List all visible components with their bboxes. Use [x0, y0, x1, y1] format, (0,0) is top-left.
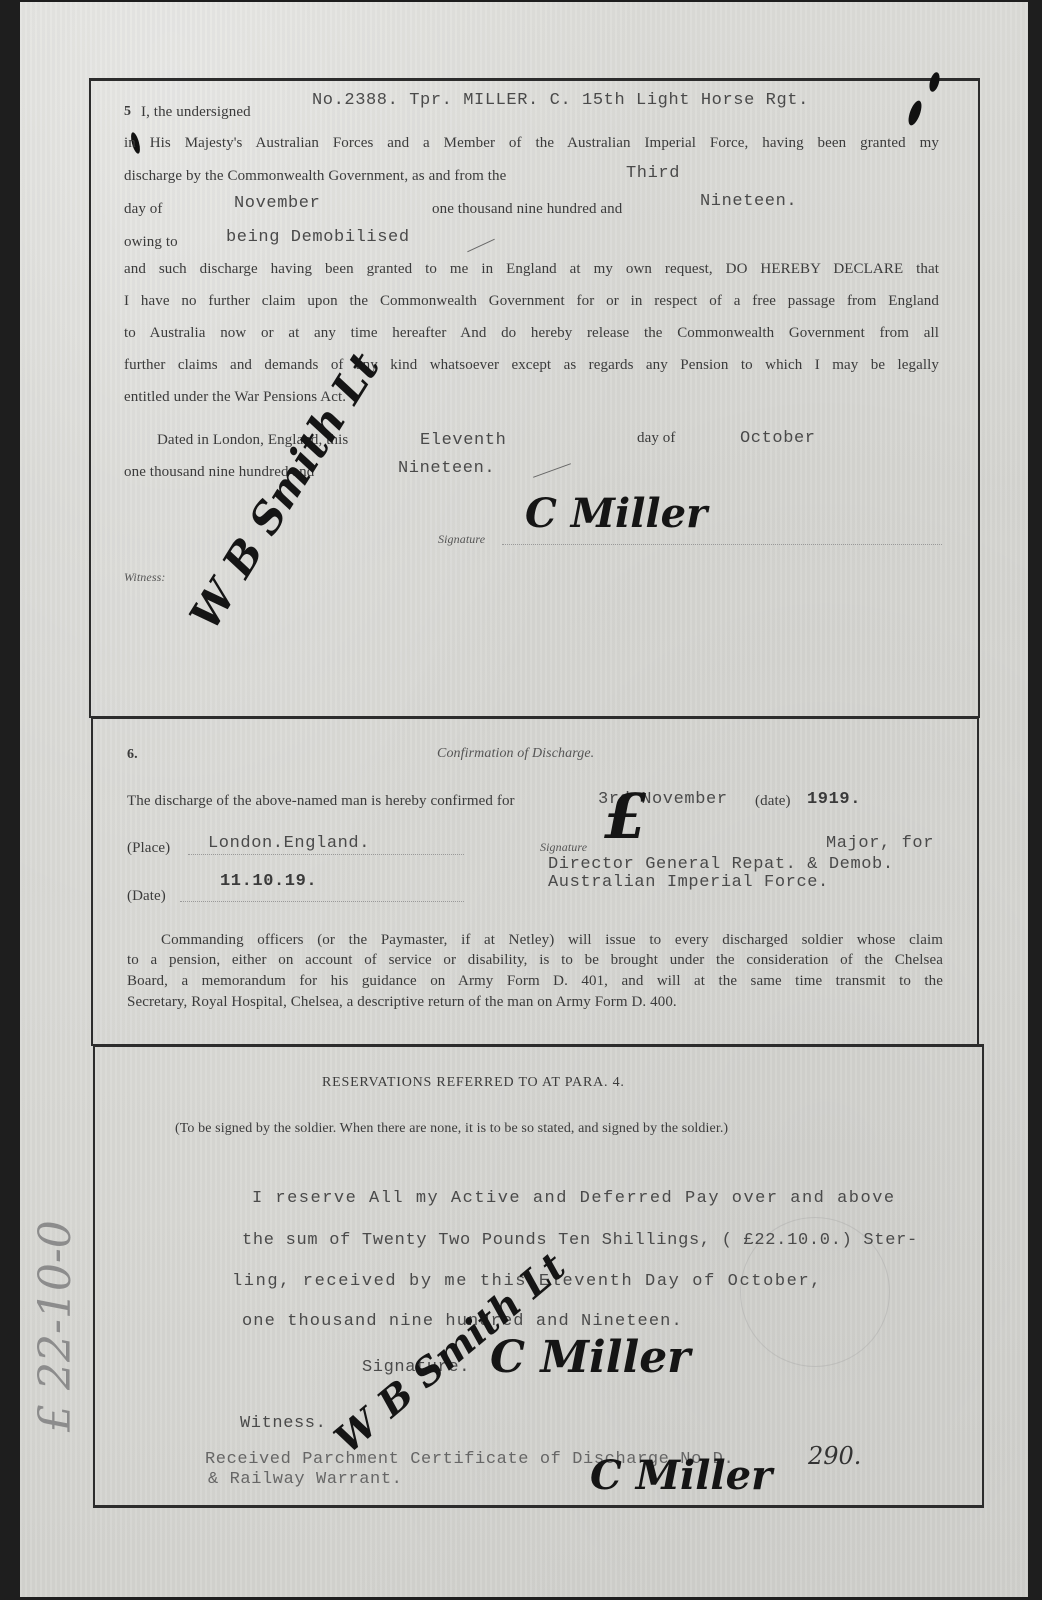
reservation-line: the sum of Twenty Two Pounds Ten Shillin…	[242, 1231, 918, 1250]
discharge-day: Third	[626, 164, 680, 183]
place-value: London.England.	[208, 834, 370, 853]
section-5-number: 5	[124, 104, 131, 120]
receipt-signature: C Miller	[590, 1452, 772, 1499]
date-value: 11.10.19.	[220, 872, 317, 891]
owing-to-label: owing to	[124, 234, 178, 251]
section-6-number: 6.	[127, 747, 138, 763]
reservation-line: I reserve All my Active and Deferred Pay…	[252, 1189, 896, 1208]
officer-signature-label: Signature	[540, 840, 587, 855]
undersigned-label: I, the undersigned	[141, 104, 251, 121]
officer-signature: £	[604, 780, 647, 853]
discharge-from-label: discharge by the Commonwealth Government…	[124, 168, 506, 185]
certificate-number: 290.	[808, 1442, 861, 1470]
declaration-line: to Australia now or at any time hereafte…	[124, 325, 939, 342]
signature-line	[502, 544, 942, 545]
signature-label: Signature	[438, 532, 485, 547]
date-line	[180, 901, 464, 902]
officer-rank: Major, for	[826, 834, 934, 853]
reservations-instruction: (To be signed by the soldier. When there…	[175, 1121, 728, 1137]
service-line: in His Majesty's Australian Forces and a…	[124, 135, 939, 152]
discharge-month: November	[234, 194, 320, 213]
place-label: (Place)	[127, 840, 170, 857]
dated-year: Nineteen.	[398, 459, 495, 478]
year-label: one thousand nine hundred and	[432, 201, 622, 218]
reservation-witness-label: Witness.	[240, 1414, 326, 1433]
day-of-label: day of	[124, 201, 163, 218]
pension-note-line: Commanding officers (or the Paymaster, i…	[161, 932, 943, 949]
dated-day-of-label: day of	[637, 430, 676, 447]
officer-force: Australian Imperial Force.	[548, 873, 829, 892]
dated-day: Eleventh	[420, 431, 506, 450]
confirmation-year: 1919.	[807, 790, 861, 809]
pension-note-line: Secretary, Royal Hospital, Chelsea, a de…	[127, 994, 677, 1011]
declaration-line: and such discharge having been granted t…	[124, 261, 939, 278]
soldier-identity: No.2388. Tpr. MILLER. C. 15th Light Hors…	[312, 91, 809, 110]
margin-pencil-note: £ 22-10-0	[30, 1220, 81, 1432]
discharge-year: Nineteen.	[700, 192, 797, 211]
pension-note-line: to a pension, either on account of servi…	[127, 952, 943, 969]
declaration-line: further claims and demands of any kind w…	[124, 357, 939, 374]
reservations-title: RESERVATIONS REFERRED TO AT PARA. 4.	[322, 1075, 625, 1091]
confirmation-label: The discharge of the above-named man is …	[127, 793, 515, 810]
witness-label: Witness:	[124, 570, 165, 585]
date-label: (date)	[755, 793, 791, 810]
reservation-soldier-signature: C Miller	[490, 1332, 690, 1383]
officer-title: Director General Repat. & Demob.	[548, 855, 894, 874]
document-page: 5 I, the undersigned No.2388. Tpr. MILLE…	[20, 2, 1028, 1597]
receipt-line-2: & Railway Warrant.	[208, 1470, 402, 1489]
place-line	[188, 854, 464, 855]
soldier-signature: C Miller	[525, 490, 707, 537]
pension-note-line: Board, a memorandum for his guidance on …	[127, 973, 943, 990]
dated-month: October	[740, 429, 816, 448]
section-6-title: Confirmation of Discharge.	[437, 746, 594, 762]
discharge-reason: being Demobilised	[226, 228, 410, 247]
declaration-line: I have no further claim upon the Commonw…	[124, 293, 939, 310]
date-field-label: (Date)	[127, 888, 166, 905]
